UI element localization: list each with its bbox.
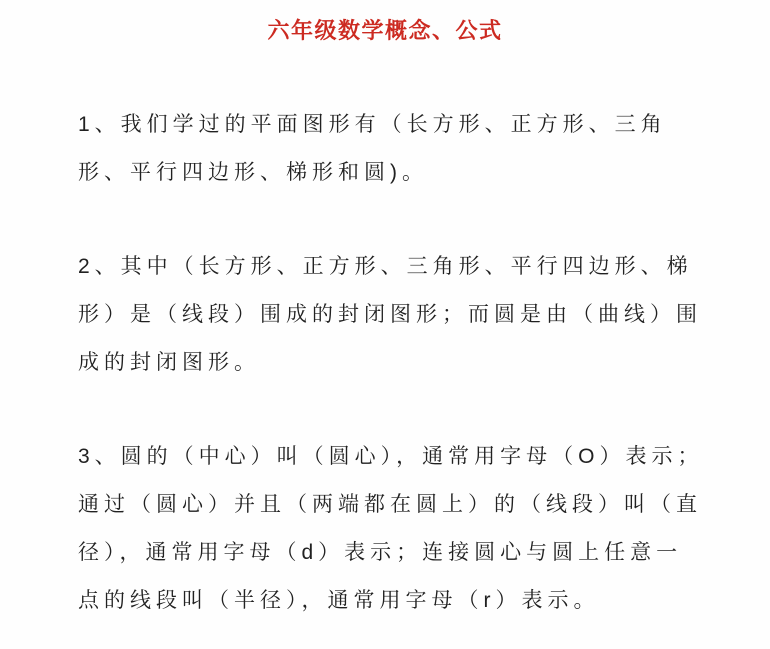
text-line: 径），通常用字母（d）表示；连接圆心与圆上任意一 (78, 529, 730, 577)
text-line: 形、平行四边形、梯形和圆)。 (78, 149, 730, 197)
text-line: 点的线段叫（半径），通常用字母（r）表示。 (78, 577, 730, 625)
document-title: 六年级数学概念、公式 (0, 0, 770, 46)
text-line: 通过（圆心）并且（两端都在圆上）的（线段）叫（直 (78, 481, 730, 529)
text-line: 1、我们学过的平面图形有（长方形、正方形、三角 (78, 101, 730, 149)
paragraph-3: 3、圆的（中心）叫（圆心），通常用字母（O）表示； 通过（圆心）并且（两端都在圆… (78, 433, 730, 625)
paragraph-2: 2、其中（长方形、正方形、三角形、平行四边形、梯 形）是（线段）围成的封闭图形；… (78, 243, 730, 387)
text-line: 2、其中（长方形、正方形、三角形、平行四边形、梯 (78, 243, 730, 291)
document-body: 1、我们学过的平面图形有（长方形、正方形、三角 形、平行四边形、梯形和圆)。 2… (78, 101, 730, 625)
document-page: 六年级数学概念、公式 1、我们学过的平面图形有（长方形、正方形、三角 形、平行四… (0, 0, 770, 649)
text-line: 3、圆的（中心）叫（圆心），通常用字母（O）表示； (78, 433, 730, 481)
paragraph-1: 1、我们学过的平面图形有（长方形、正方形、三角 形、平行四边形、梯形和圆)。 (78, 101, 730, 197)
text-line: 形）是（线段）围成的封闭图形；而圆是由（曲线）围 (78, 291, 730, 339)
text-line: 成的封闭图形。 (78, 339, 730, 387)
